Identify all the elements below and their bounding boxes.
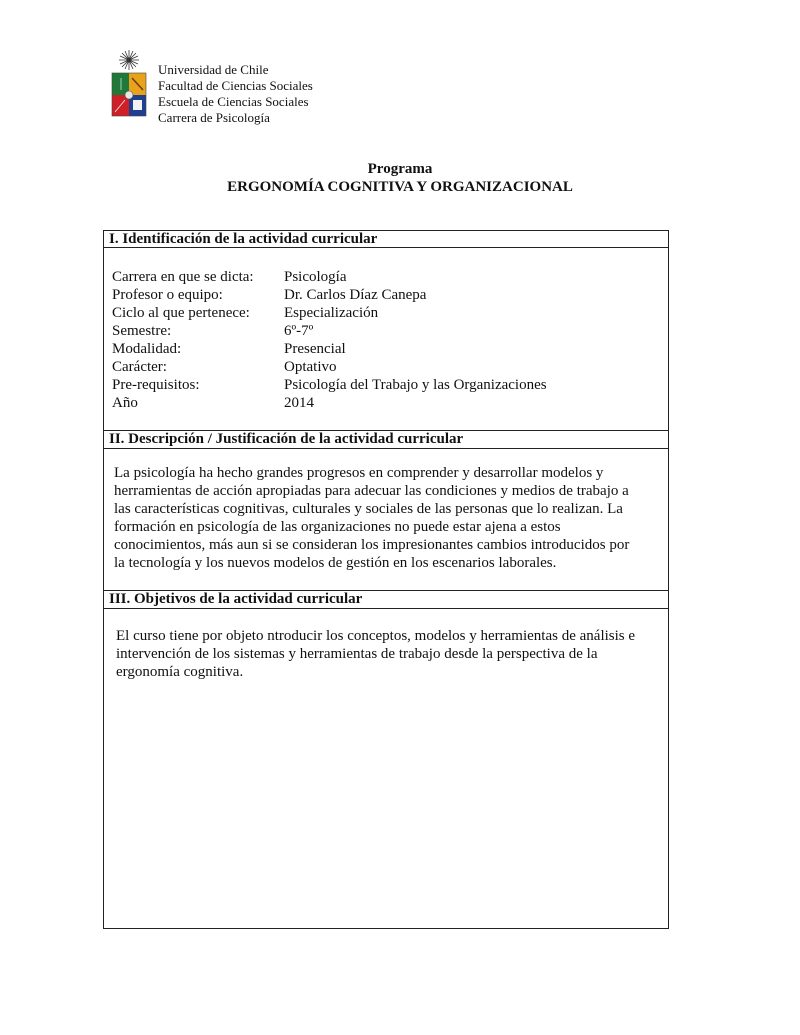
description-text: La psicología ha hecho grandes progresos… — [114, 464, 629, 572]
university-name: Universidad de Chile — [158, 62, 313, 78]
section-identification-heading: I. Identificación de la actividad curric… — [104, 231, 668, 248]
objectives-text: El curso tiene por objeto ntroducir los … — [116, 627, 635, 681]
identification-row: Ciclo al que pertenece:Especialización — [112, 304, 547, 322]
university-crest-icon — [111, 48, 147, 118]
row-label: Modalidad: — [112, 340, 284, 358]
text-line: intervención de los sistemas y herramien… — [116, 645, 635, 663]
row-value: Psicología — [284, 268, 347, 286]
row-value: 2014 — [284, 394, 314, 412]
row-label: Año — [112, 394, 284, 412]
row-value: Optativo — [284, 358, 337, 376]
section-description-heading: II. Descripción / Justificación de la ac… — [104, 430, 668, 449]
school-name: Escuela de Ciencias Sociales — [158, 94, 313, 110]
identification-row: Carrera en que se dicta:Psicología — [112, 268, 547, 286]
text-line: conocimientos, más aun si se consideran … — [114, 536, 629, 554]
program-table: I. Identificación de la actividad curric… — [103, 230, 669, 929]
text-line: herramientas de acción apropiadas para a… — [114, 482, 629, 500]
identification-row: Semestre:6º-7º — [112, 322, 547, 340]
text-line: las características cognitivas, cultural… — [114, 500, 629, 518]
row-label: Carrera en que se dicta: — [112, 268, 284, 286]
row-label: Ciclo al que pertenece: — [112, 304, 284, 322]
faculty-name: Facultad de Ciencias Sociales — [158, 78, 313, 94]
row-value: Especialización — [284, 304, 378, 322]
text-line: la tecnología y los nuevos modelos de ge… — [114, 554, 629, 572]
identification-row: Pre-requisitos:Psicología del Trabajo y … — [112, 376, 547, 394]
document-title: Programa ERGONOMÍA COGNITIVA Y ORGANIZAC… — [0, 160, 800, 196]
identification-row: Modalidad:Presencial — [112, 340, 547, 358]
row-label: Pre-requisitos: — [112, 376, 284, 394]
identification-row: Profesor o equipo:Dr. Carlos Díaz Canepa — [112, 286, 547, 304]
row-label: Profesor o equipo: — [112, 286, 284, 304]
course-title: ERGONOMÍA COGNITIVA Y ORGANIZACIONAL — [0, 178, 800, 196]
row-value: Presencial — [284, 340, 346, 358]
title-kicker: Programa — [0, 160, 800, 178]
text-line: formación en psicología de las organizac… — [114, 518, 629, 536]
identification-row: Carácter:Optativo — [112, 358, 547, 376]
institution-header: Universidad de Chile Facultad de Ciencia… — [158, 62, 313, 126]
row-label: Carácter: — [112, 358, 284, 376]
row-value: Dr. Carlos Díaz Canepa — [284, 286, 426, 304]
section-objectives-heading: III. Objetivos de la actividad curricula… — [104, 590, 668, 609]
row-label: Semestre: — [112, 322, 284, 340]
row-value: Psicología del Trabajo y las Organizacio… — [284, 376, 547, 394]
row-value: 6º-7º — [284, 322, 313, 340]
identification-list: Carrera en que se dicta:Psicología Profe… — [112, 268, 547, 412]
program-name: Carrera de Psicología — [158, 110, 313, 126]
text-line: El curso tiene por objeto ntroducir los … — [116, 627, 635, 645]
text-line: ergonomía cognitiva. — [116, 663, 635, 681]
identification-row: Año2014 — [112, 394, 547, 412]
text-line: La psicología ha hecho grandes progresos… — [114, 464, 629, 482]
